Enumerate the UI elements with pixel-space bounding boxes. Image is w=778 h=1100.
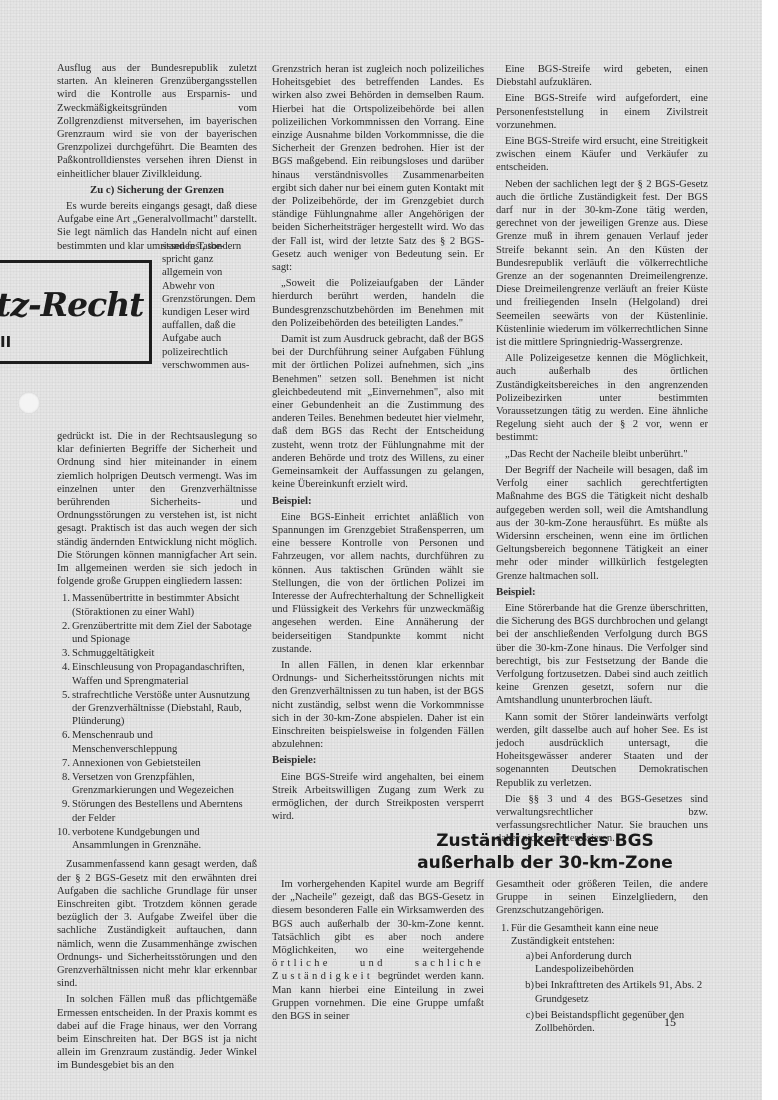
example-heading: Beispiel: xyxy=(496,586,708,599)
list-item: 1.Für die Gesamtheit kann eine neue Zust… xyxy=(496,922,708,1036)
list-item: 2.Grenzübertritte mit dem Ziel der Sabot… xyxy=(57,620,257,646)
paragraph: Eine BGS-Streife wird angehalten, bei ei… xyxy=(272,771,484,824)
punch-hole xyxy=(18,392,40,414)
list-item: 1.Massenübertritte in bestimmter Absicht… xyxy=(57,592,257,618)
magazine-page: Ausflug aus der Bundesrepublik zuletzt s… xyxy=(0,0,762,1100)
paragraph: Im vorhergehenden Kapitel wurde am Begri… xyxy=(272,878,484,1023)
quote: „Soweit die Polizeiaufgaben der Länder h… xyxy=(272,277,484,330)
paragraph: Ausflug aus der Bundesrepublik zuletzt s… xyxy=(57,62,257,181)
article-part-numeral: II xyxy=(0,333,11,351)
competence-list: 1.Für die Gesamtheit kann eine neue Zust… xyxy=(496,922,708,1036)
section-heading-line-2: außerhalb der 30-km-Zone xyxy=(380,852,710,874)
scan-margin xyxy=(762,0,778,1100)
article-title-box: tz-Recht II xyxy=(0,260,152,364)
column-2-bottom: Im vorhergehenden Kapitel wurde am Begri… xyxy=(272,878,484,1026)
list-item: 4.Einschleusung von Propagandaschriften,… xyxy=(57,661,257,687)
sub-list-item: a)bei Anforderung durch Landespolizeibeh… xyxy=(511,950,708,976)
list-item: 8.Versetzen von Grenzpfählen, Grenzmarki… xyxy=(57,771,257,797)
column-3-bottom: Gesamtheit oder größeren Teilen, die and… xyxy=(496,878,708,1041)
list-item: 7.Annexionen von Gebietsteilen xyxy=(57,757,257,770)
quote: „Das Recht der Nacheile bleibt unberührt… xyxy=(496,448,708,461)
sub-list-item: b)bei Inkrafttreten des Artikels 91, Abs… xyxy=(511,979,708,1005)
column-2: Grenzstrich heran ist zugleich noch poli… xyxy=(272,63,484,826)
sub-list: a)bei Anforderung durch Landespolizeibeh… xyxy=(511,950,708,1035)
paragraph: Alle Polizeigesetze kennen die Möglichke… xyxy=(496,352,708,444)
paragraph: Eine BGS-Einheit errichtet anläßlich von… xyxy=(272,511,484,656)
paragraph-wrap: stand fest, sondern spricht ganz allgeme… xyxy=(162,240,257,372)
paragraph: Eine Störerbande hat die Grenze überschr… xyxy=(496,602,708,708)
paragraph: gedrückt ist. Die in der Rechtsauslegung… xyxy=(57,430,257,588)
paragraph: Der Begriff der Nacheile will besagen, d… xyxy=(496,464,708,583)
paragraph: Gesamtheit oder größeren Teilen, die and… xyxy=(496,878,708,918)
list-item: 6.Menschenraub und Menschenverschleppung xyxy=(57,729,257,755)
disturbance-list: 1.Massenübertritte in bestimmter Absicht… xyxy=(57,592,257,852)
sub-list-item: c)bei Beistandspflicht gegenüber den Zol… xyxy=(511,1009,708,1035)
paragraph: Eine BGS-Streife wird aufgefordert, eine… xyxy=(496,92,708,132)
page-number: 15 xyxy=(664,1015,676,1030)
column-3: Eine BGS-Streife wird gebeten, einen Die… xyxy=(496,63,708,849)
article-title-script: tz-Recht xyxy=(0,285,143,324)
column-1-upper: Ausflug aus der Bundesrepublik zuletzt s… xyxy=(57,62,257,256)
list-item: 5.strafrechtliche Verstöße unter Ausnutz… xyxy=(57,689,257,729)
column-1-lower: gedrückt ist. Die in der Rechtsauslegung… xyxy=(57,430,257,1076)
paragraph: Eine BGS-Streife wird ersucht, eine Stre… xyxy=(496,135,708,175)
subheading-sicherung: Zu c) Sicherung der Grenzen xyxy=(57,184,257,197)
paragraph: Damit ist zum Ausdruck gebracht, daß der… xyxy=(272,333,484,491)
list-item: 3.Schmuggeltätigkeit xyxy=(57,647,257,660)
example-heading: Beispiel: xyxy=(272,495,484,508)
list-item: 10.verbotene Kundgebungen und Ansammlung… xyxy=(57,826,257,852)
list-item: 9.Störungen des Bestellens und Aberntens… xyxy=(57,798,257,824)
paragraph: Zusammenfassend kann gesagt werden, daß … xyxy=(57,858,257,990)
section-heading-line-1: Zuständigkeit des BGS xyxy=(380,830,710,852)
examples-heading: Beispiele: xyxy=(272,754,484,767)
section-heading: Zuständigkeit des BGS außerhalb der 30-k… xyxy=(380,830,710,874)
paragraph: Neben der sachlichen legt der § 2 BGS-Ge… xyxy=(496,178,708,350)
paragraph: In allen Fällen, in denen klar erkennbar… xyxy=(272,659,484,751)
column-1-wrap: stand fest, sondern spricht ganz allgeme… xyxy=(162,240,257,375)
paragraph: Kann somit der Störer landeinwärts verfo… xyxy=(496,711,708,790)
paragraph: Grenzstrich heran ist zugleich noch poli… xyxy=(272,63,484,274)
paragraph: In solchen Fällen muß das pflichtgemäße … xyxy=(57,993,257,1072)
paragraph: Eine BGS-Streife wird gebeten, einen Die… xyxy=(496,63,708,89)
